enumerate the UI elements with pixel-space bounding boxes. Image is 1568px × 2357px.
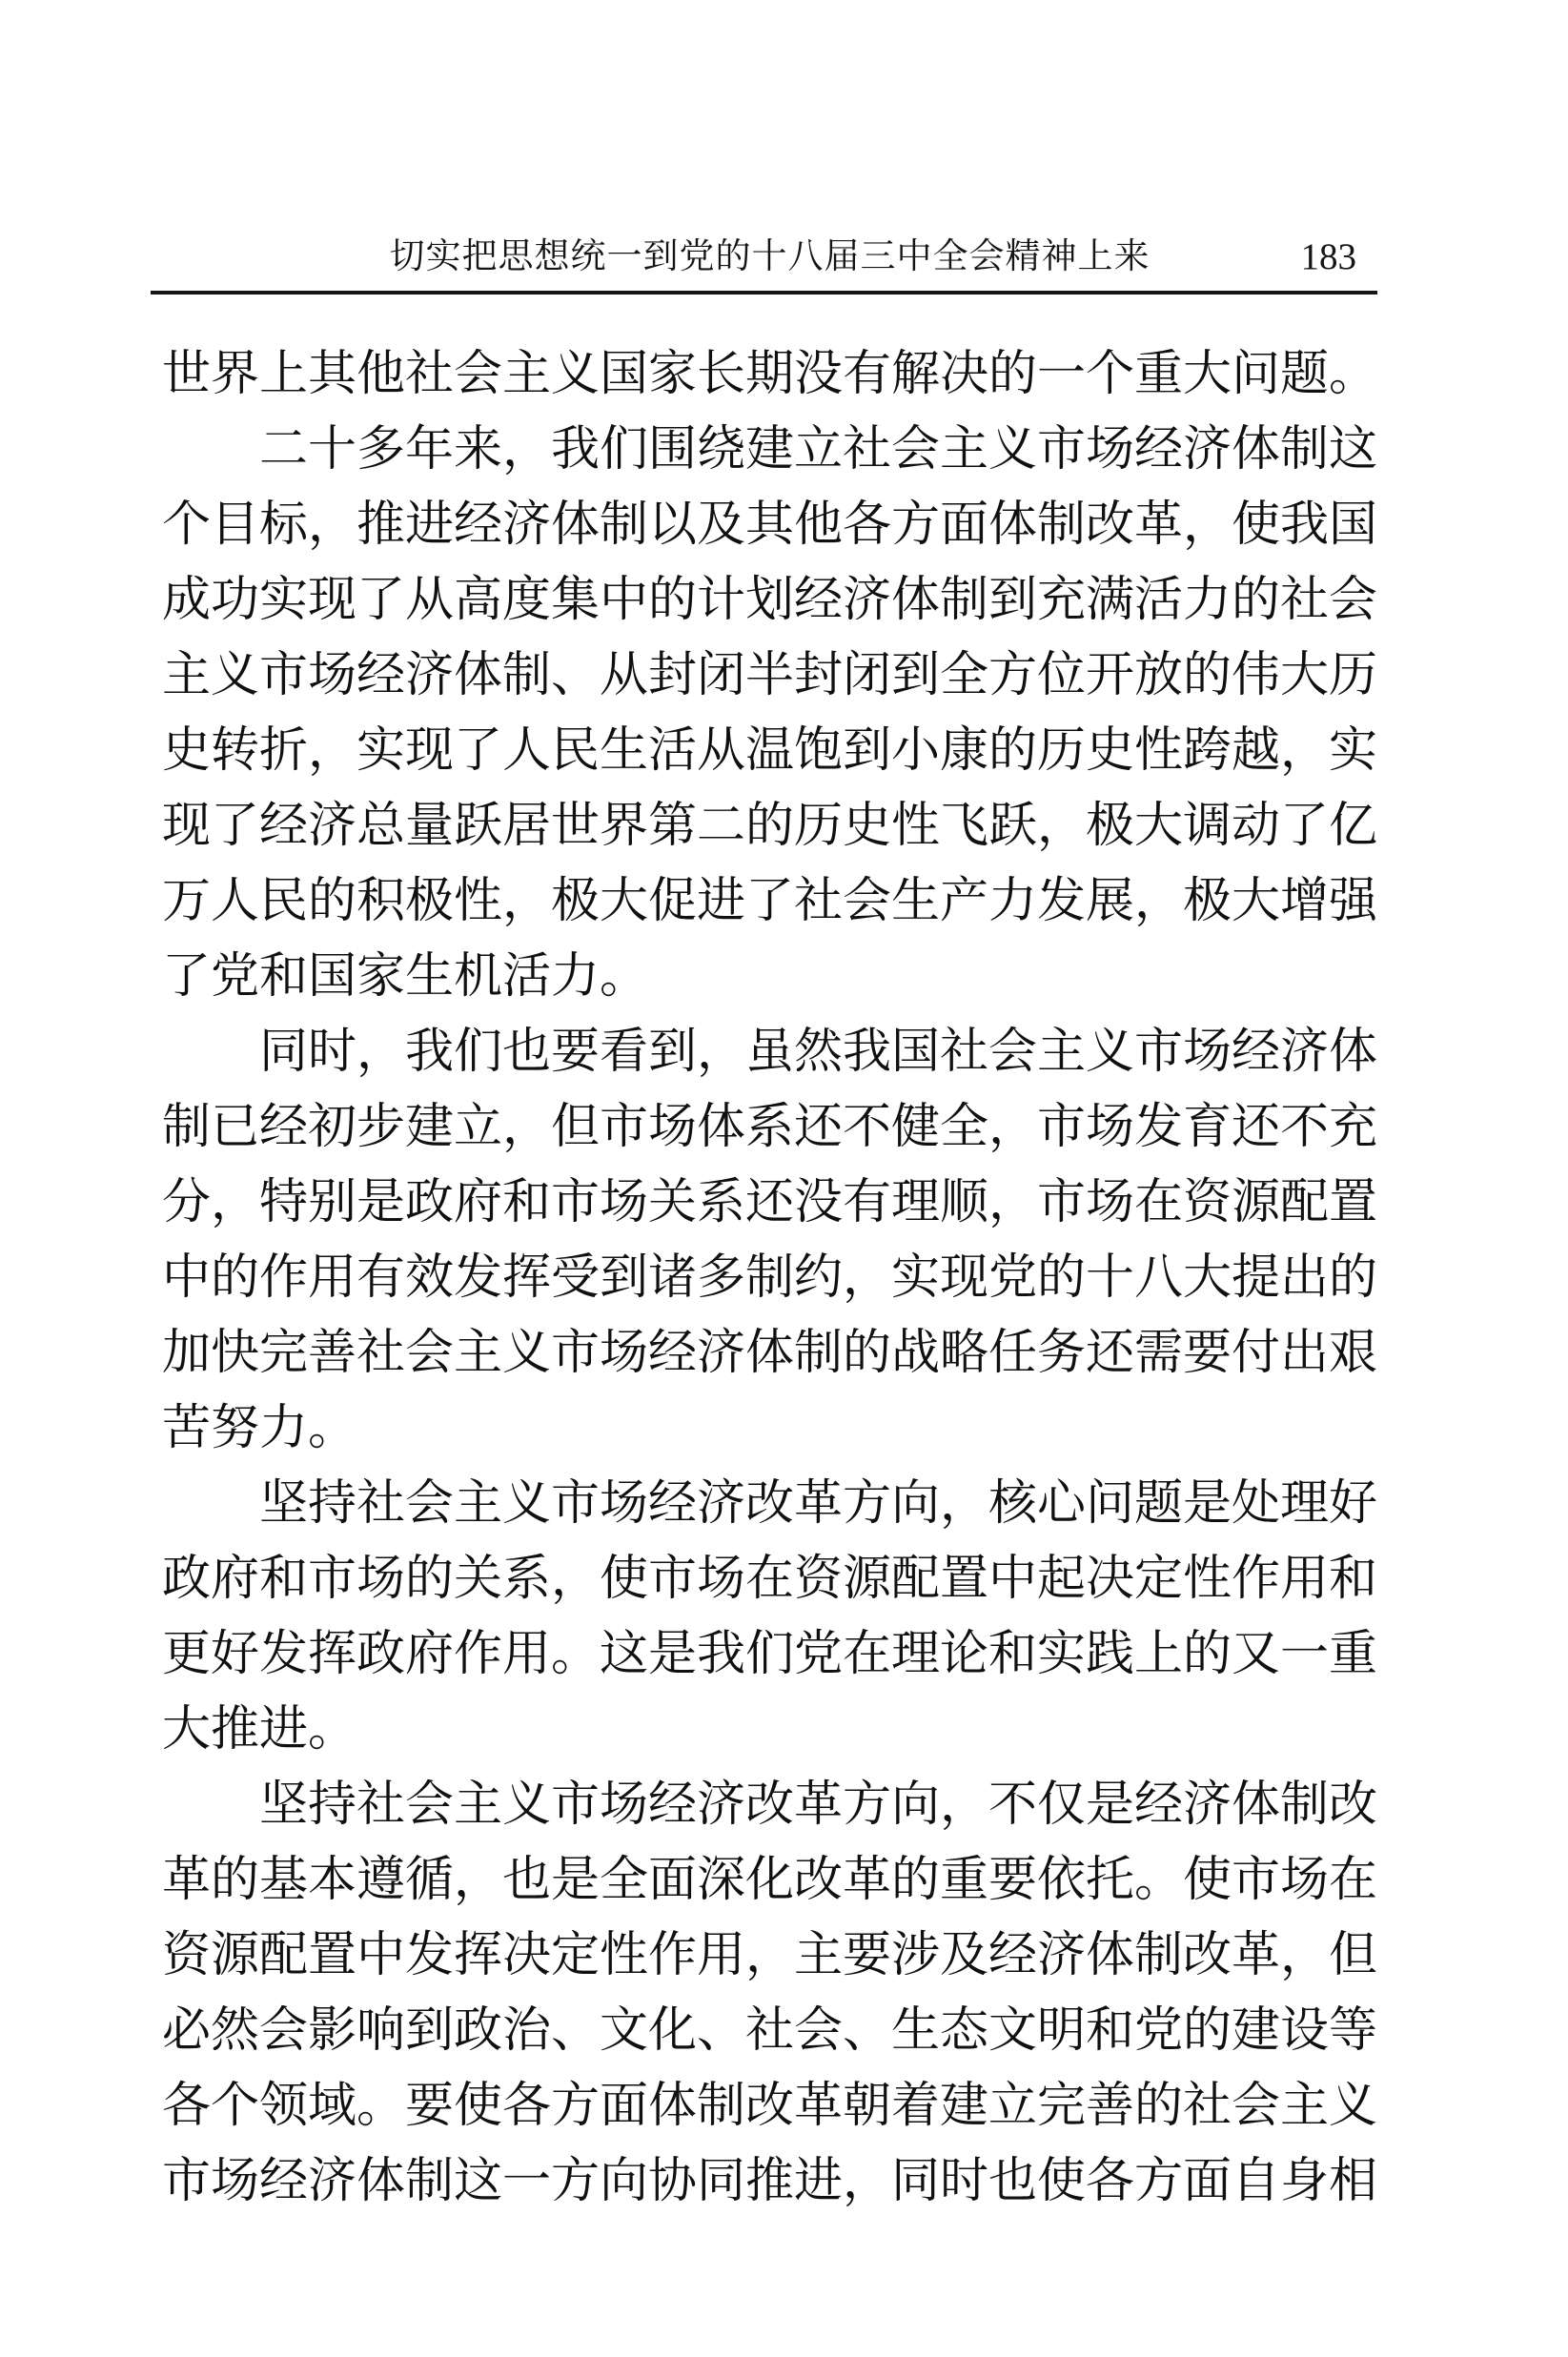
- text-line: 市场经济体制这一方向协同推进，同时也使各方面自身相: [162, 2144, 1377, 2220]
- text-line: 必然会影响到政治、文化、社会、生态文明和党的建设等: [162, 1994, 1377, 2069]
- header-title: 切实把思想统一到党的十八届三中全会精神上来: [162, 233, 1377, 282]
- text-line: 各个领域。要使各方面体制改革朝着建立完善的社会主义: [162, 2069, 1377, 2144]
- text-line: 坚持社会主义市场经济改革方向，不仅是经济体制改: [162, 1768, 1377, 1843]
- text-line: 加快完善社会主义市场经济体制的战略任务还需要付出艰: [162, 1316, 1377, 1392]
- text-line: 主义市场经济体制、从封闭半封闭到全方位开放的伟大历: [162, 639, 1377, 714]
- text-line: 更好发挥政府作用。这是我们党在理论和实践上的又一重: [162, 1617, 1377, 1693]
- page-number: 183: [1301, 233, 1357, 282]
- text-line: 中的作用有效发挥受到诸多制约，实现党的十八大提出的: [162, 1241, 1377, 1316]
- text-line: 史转折，实现了人民生活从温饱到小康的历史性跨越，实: [162, 714, 1377, 789]
- text-line: 分，特别是政府和市场关系还没有理顺，市场在资源配置: [162, 1166, 1377, 1241]
- text-line: 制已经初步建立，但市场体系还不健全，市场发育还不充: [162, 1090, 1377, 1166]
- text-line: 同时，我们也要看到，虽然我国社会主义市场经济体: [162, 1015, 1377, 1090]
- text-line: 政府和市场的关系，使市场在资源配置中起决定性作用和: [162, 1542, 1377, 1617]
- text-line: 成功实现了从高度集中的计划经济体制到充满活力的社会: [162, 563, 1377, 639]
- text-line: 大推进。: [162, 1693, 1377, 1768]
- paragraph: 世界上其他社会主义国家长期没有解决的一个重大问题。: [162, 337, 1377, 413]
- text-line: 二十多年来，我们围绕建立社会主义市场经济体制这: [162, 413, 1377, 488]
- paragraph: 同时，我们也要看到，虽然我国社会主义市场经济体制已经初步建立，但市场体系还不健全…: [162, 1015, 1377, 1467]
- paragraph: 二十多年来，我们围绕建立社会主义市场经济体制这个目标，推进经济体制以及其他各方面…: [162, 413, 1377, 1015]
- text-line: 万人民的积极性，极大促进了社会生产力发展，极大增强: [162, 864, 1377, 940]
- text-line: 革的基本遵循，也是全面深化改革的重要依托。使市场在: [162, 1843, 1377, 1919]
- text-line: 个目标，推进经济体制以及其他各方面体制改革，使我国: [162, 488, 1377, 563]
- paragraph: 坚持社会主义市场经济改革方向，核心问题是处理好政府和市场的关系，使市场在资源配置…: [162, 1467, 1377, 1768]
- text-line: 了党和国家生机活力。: [162, 940, 1377, 1015]
- text-line: 苦努力。: [162, 1392, 1377, 1467]
- text-line: 现了经济总量跃居世界第二的历史性飞跃，极大调动了亿: [162, 789, 1377, 864]
- book-page: 切实把思想统一到党的十八届三中全会精神上来 183 世界上其他社会主义国家长期没…: [0, 0, 1568, 2357]
- paragraph: 坚持社会主义市场经济改革方向，不仅是经济体制改革的基本遵循，也是全面深化改革的重…: [162, 1768, 1377, 2220]
- running-header: 切实把思想统一到党的十八届三中全会精神上来 183: [162, 233, 1377, 282]
- body-text: 世界上其他社会主义国家长期没有解决的一个重大问题。二十多年来，我们围绕建立社会主…: [162, 337, 1377, 2220]
- text-line: 世界上其他社会主义国家长期没有解决的一个重大问题。: [162, 337, 1377, 413]
- text-line: 资源配置中发挥决定性作用，主要涉及经济体制改革，但: [162, 1919, 1377, 1994]
- header-rule: [151, 291, 1377, 295]
- text-line: 坚持社会主义市场经济改革方向，核心问题是处理好: [162, 1467, 1377, 1542]
